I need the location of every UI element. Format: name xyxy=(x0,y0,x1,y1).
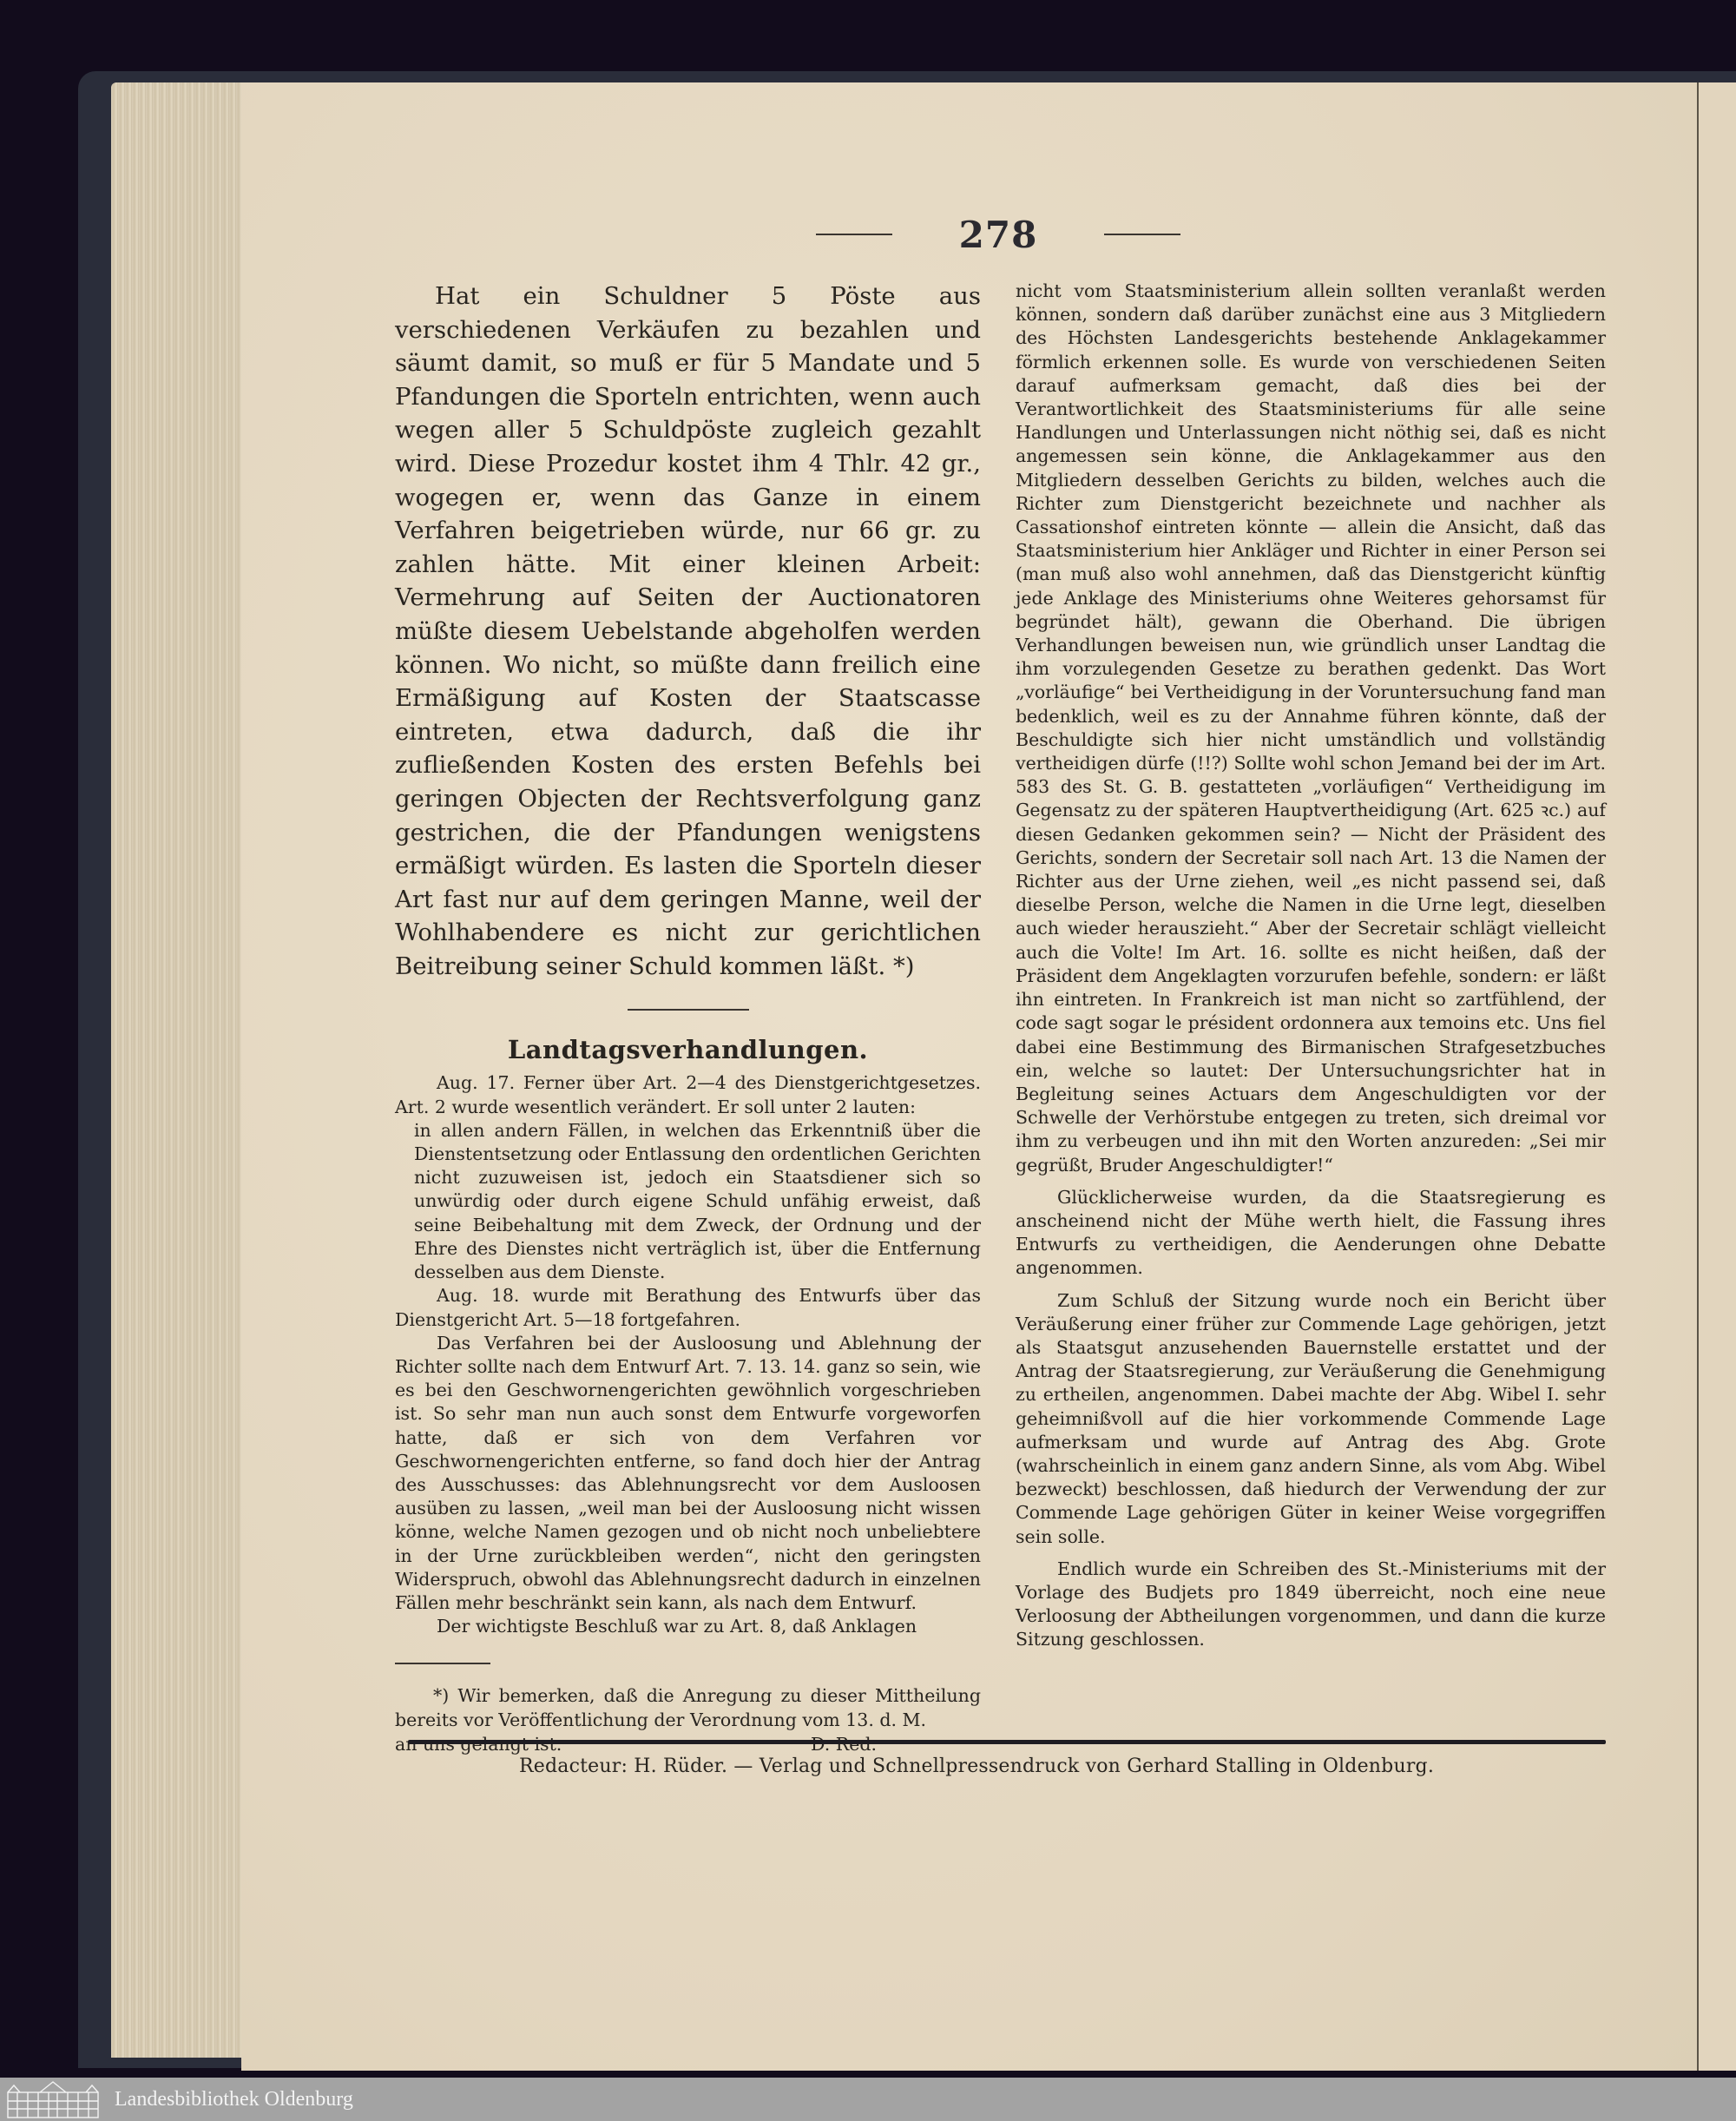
footnote: *) Wir bemerken, daß die Anregung zu die… xyxy=(395,1683,981,1756)
footnote-signature: D. Red. xyxy=(811,1732,877,1756)
footnote-text: *) Wir bemerken, daß die Anregung zu die… xyxy=(395,1683,981,1732)
library-banner: Landesbibliothek Oldenburg xyxy=(0,2078,1736,2121)
paragraph: Aug. 18. wurde mit Berathung des Entwurf… xyxy=(395,1284,981,1331)
header-rule-left xyxy=(816,234,892,235)
facing-page-edge xyxy=(1699,82,1736,2071)
bottom-rule xyxy=(408,1740,1606,1744)
imprint: Redacteur: H. Rüder. — Verlag und Schnel… xyxy=(519,1755,1561,1777)
paragraph: Der wichtigste Beschluß war zu Art. 8, d… xyxy=(395,1615,981,1638)
right-column: nicht vom Staatsministerium allein sollt… xyxy=(1016,280,1606,1652)
paragraph: nicht vom Staatsministerium allein sollt… xyxy=(1016,280,1606,1177)
paragraph: Das Verfahren bei der Ausloosung und Abl… xyxy=(395,1332,981,1615)
paragraph: Endlich wurde ein Schreiben des St.-Mini… xyxy=(1016,1558,1606,1652)
page-header: 278 xyxy=(816,213,1180,256)
paragraph: Glücklicherweise wurden, da die Staatsre… xyxy=(1016,1186,1606,1281)
article-paragraph: Hat ein Schuldner 5 Pöste aus verschiede… xyxy=(395,280,981,983)
paragraph: Zum Schluß der Sitzung wurde noch ein Be… xyxy=(1016,1289,1606,1549)
header-rule-right xyxy=(1104,234,1180,235)
library-building-icon xyxy=(5,2080,101,2118)
page-number: 278 xyxy=(959,214,1038,256)
section-divider xyxy=(628,1009,749,1011)
footnote-rule xyxy=(395,1663,490,1664)
section-title: Landtagsverhandlungen. xyxy=(395,1035,981,1064)
paragraph: Aug. 17. Ferner über Art. 2—4 des Dienst… xyxy=(395,1071,981,1118)
quoted-article: in allen andern Fällen, in welchen das E… xyxy=(395,1119,981,1284)
library-name: Landesbibliothek Oldenburg xyxy=(115,2088,353,2111)
left-column: Hat ein Schuldner 5 Pöste aus verschiede… xyxy=(395,280,981,1756)
page-edges xyxy=(111,82,241,2058)
footnote-last-line: an uns gelangt ist. xyxy=(395,1732,562,1756)
section-body: Aug. 17. Ferner über Art. 2—4 des Dienst… xyxy=(395,1071,981,1638)
